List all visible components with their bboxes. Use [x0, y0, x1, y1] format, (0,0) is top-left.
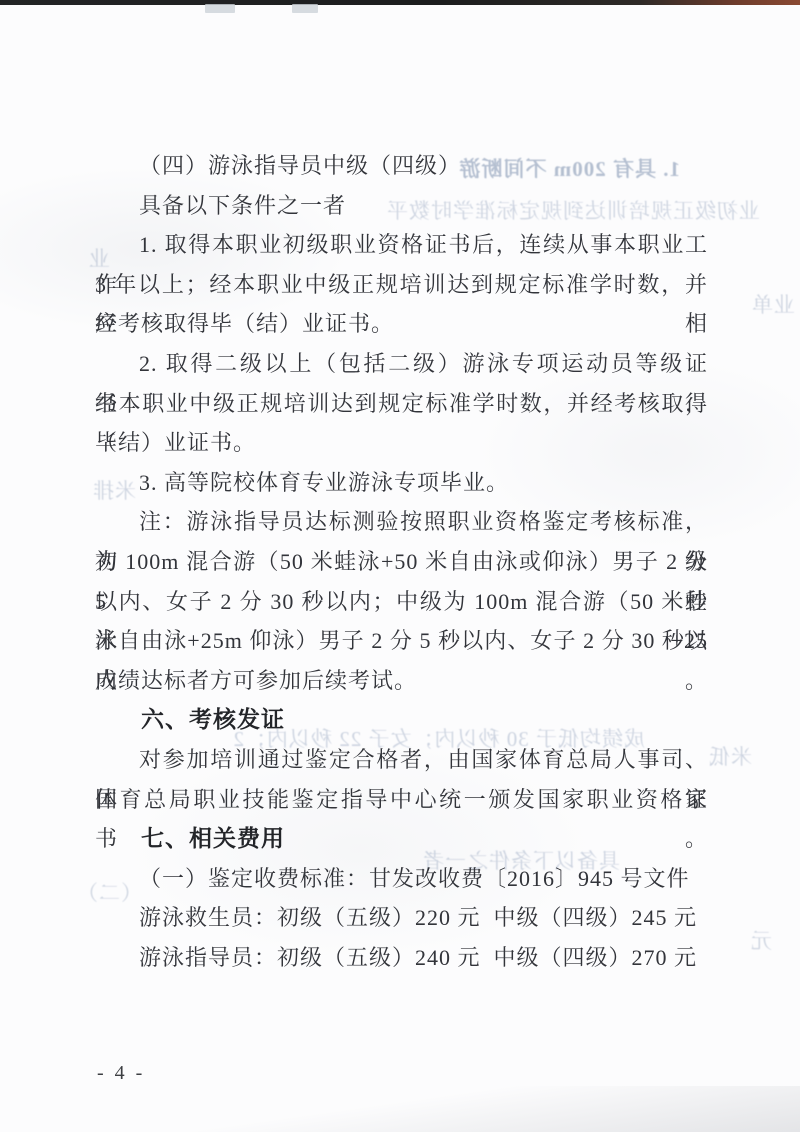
scan-edge-top	[0, 0, 800, 5]
text-line: 以内、女子 2 分 30 秒以内；中级为 100m 混合游（50 米蛙泳+25	[95, 582, 708, 622]
text-line: 3. 高等院校体育专业游泳专项毕业。	[95, 463, 708, 503]
bleedthrough-text: 元	[744, 928, 772, 954]
text-line: 2. 取得二级以上（包括二级）游泳专项运动员等级证书，	[95, 344, 708, 384]
scan-artifact-tab	[292, 4, 318, 13]
text-line: 米自由泳+25m 仰泳）男子 2 分 5 秒以内、女子 2 分 30 秒以内。	[95, 621, 708, 661]
page-number: - 4 -	[97, 1062, 145, 1085]
scan-shadow-bottom	[0, 1086, 800, 1132]
section-heading-4: （四）游泳指导员中级（四级）	[95, 146, 708, 186]
text-line: 对参加培训通过鉴定合格者，由国家体育总局人事司、国家	[95, 740, 708, 780]
section-heading-6: 六、考核发证	[95, 700, 708, 740]
fee-line-lifeguard: 游泳救生员：初级（五级）220 元 中级（四级）245 元	[95, 898, 708, 938]
text-line: 1. 取得本职业初级职业资格证书后，连续从事本职业工作	[95, 225, 708, 265]
bleedthrough-text: 业单	[735, 292, 795, 318]
text-line: 体育总局职业技能鉴定指导中心统一颁发国家职业资格证书。	[95, 780, 708, 820]
scan-artifact-tab	[205, 4, 235, 13]
text-line: 为 100m 混合游（50 米蛙泳+50 米自由泳或仰泳）男子 2 分 5 秒	[95, 542, 708, 582]
document-page: 1. 具有 200m 不间断游 业初级正规培训达到规定标准学时数平 业 业单 米…	[0, 0, 800, 1132]
document-body: （四）游泳指导员中级（四级） 具备以下条件之一者 1. 取得本职业初级职业资格证…	[95, 146, 708, 977]
text-line: （一）鉴定收费标准：甘发改收费〔2016〕945 号文件	[95, 859, 708, 899]
fee-line-instructor: 游泳指导员：初级（五级）240 元 中级（四级）270 元	[95, 938, 708, 978]
text-line: （结）业证书。	[95, 423, 708, 463]
text-line: 3 年以上；经本职业中级正规培训达到规定标准学时数，并经相	[95, 265, 708, 305]
text-line: 经本职业中级正规培训达到规定标准学时数，并经考核取得毕	[95, 384, 708, 424]
text-line: 注：游泳指导员达标测验按照职业资格鉴定考核标准，初级	[95, 502, 708, 542]
text-line: 具备以下条件之一者	[95, 186, 708, 226]
